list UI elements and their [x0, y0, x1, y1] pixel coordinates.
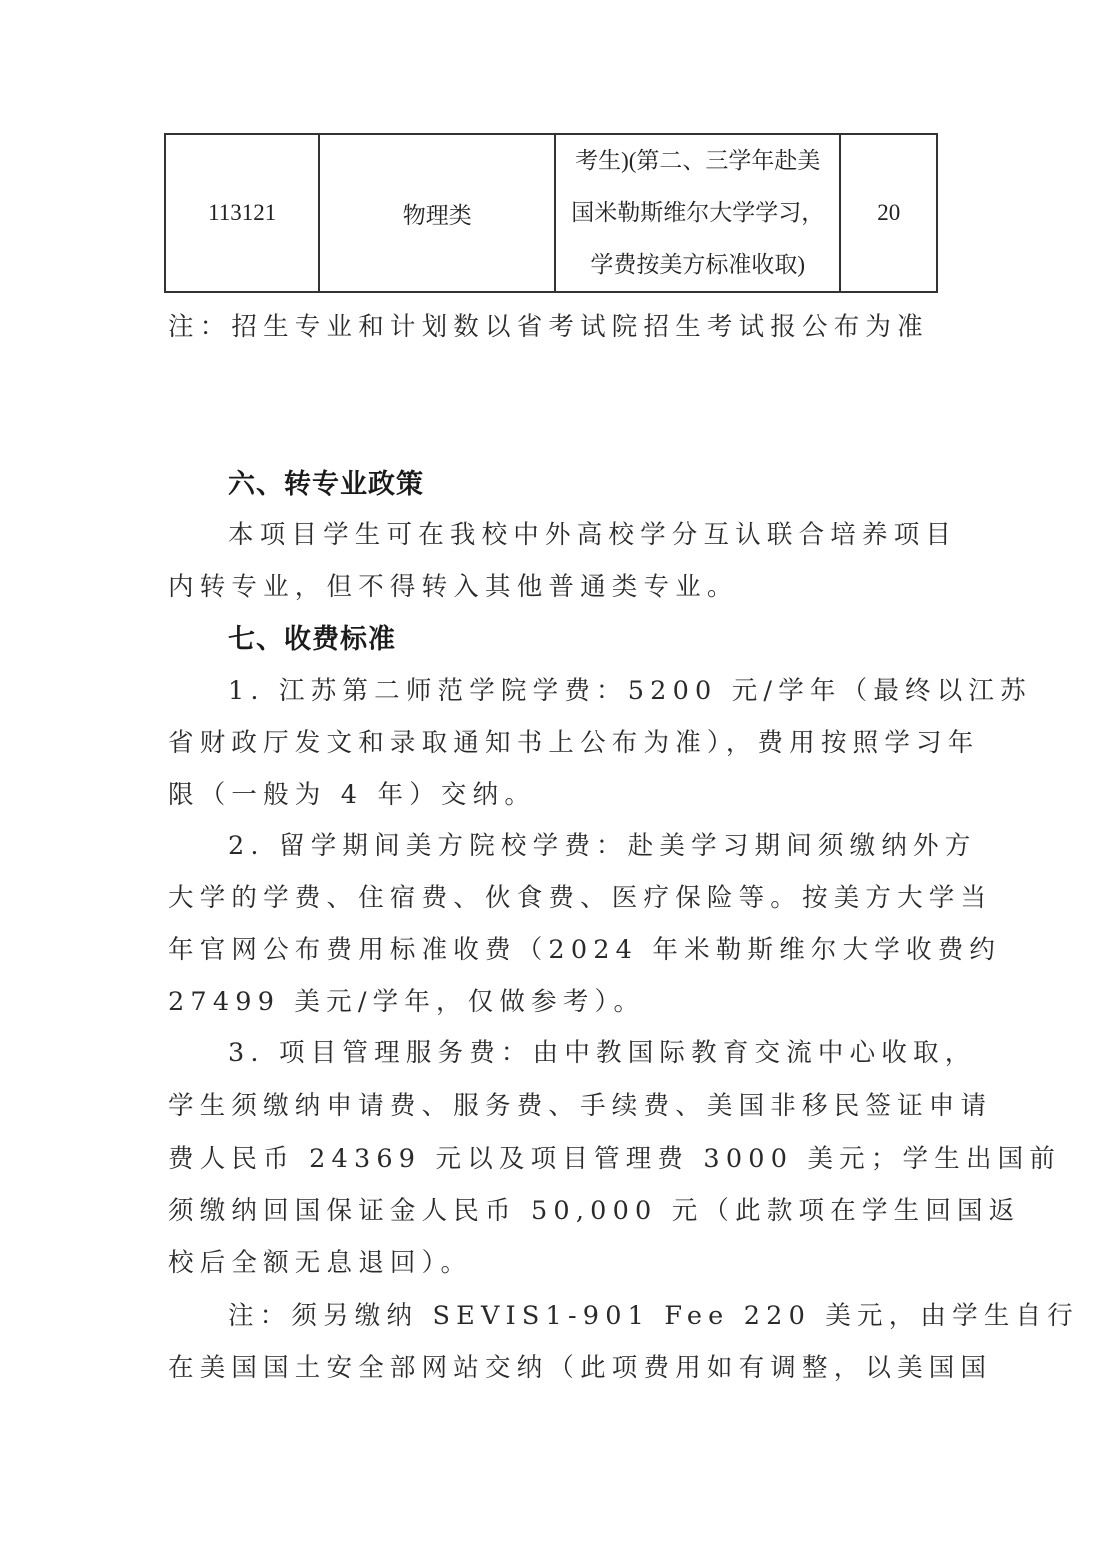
major-code-cell: 113121	[165, 134, 319, 292]
description-line: 考生)(第二、三学年赴美	[556, 135, 839, 187]
item2-line: 27499 美元/学年，仅做参考）。	[168, 982, 645, 1018]
plan-count-cell: 20	[840, 134, 937, 292]
item3-line: 校后全额无息退回）。	[168, 1243, 472, 1279]
fee-note-line: 在美国国土安全部网站交纳（此项费用如有调整，以美国国	[168, 1348, 992, 1384]
table-row: 113121 物理类 考生)(第二、三学年赴美 国米勒斯维尔大学学习， 学费按美…	[165, 134, 937, 292]
enrollment-table: 113121 物理类 考生)(第二、三学年赴美 国米勒斯维尔大学学习， 学费按美…	[164, 133, 938, 293]
item1-line: 限（一般为 4 年）交纳。	[168, 775, 536, 811]
item3-line: 学生须缴纳申请费、服务费、手续费、美国非移民签证申请	[168, 1086, 992, 1122]
category-cell: 物理类	[319, 134, 555, 292]
item3-line: 3. 项目管理服务费：由中教国际教育交流中心收取，	[228, 1033, 976, 1069]
item2-line: 2. 留学期间美方院校学费：赴美学习期间须缴纳外方	[228, 826, 976, 862]
description-cell: 考生)(第二、三学年赴美 国米勒斯维尔大学学习， 学费按美方标准收取)	[555, 134, 840, 292]
fee-note-line: 注：须另缴纳 SEVIS1-901 Fee 220 美元，由学生自行	[228, 1296, 1079, 1332]
item2-line: 年官网公布费用标准收费（2024 年米勒斯维尔大学收费约	[168, 930, 1001, 966]
description-line: 学费按美方标准收取)	[556, 239, 839, 291]
item3-line: 须缴纳回国保证金人民币 50,000 元（此款项在学生回国返	[168, 1191, 1020, 1227]
section6-heading: 六、转专业政策	[228, 462, 424, 501]
table-note: 注：招生专业和计划数以省考试院招生考试报公布为准	[168, 307, 929, 343]
item1-line: 1. 江苏第二师范学院学费：5200 元/学年（最终以江苏	[228, 671, 1032, 707]
item2-line: 大学的学费、住宿费、伙食费、医疗保险等。按美方大学当	[168, 878, 992, 914]
item1-line: 省财政厅发文和录取通知书上公布为准），费用按照学习年	[168, 723, 979, 759]
item3-line: 费人民币 24369 元以及项目管理费 3000 美元；学生出国前	[168, 1139, 1061, 1175]
document-page: 113121 物理类 考生)(第二、三学年赴美 国米勒斯维尔大学学习， 学费按美…	[0, 0, 1102, 1559]
section7-heading: 七、收费标准	[228, 617, 396, 656]
section6-line: 内转专业，但不得转入其他普通类专业。	[168, 567, 739, 603]
section6-line: 本项目学生可在我校中外高校学分互认联合培养项目	[228, 515, 957, 551]
description-line: 国米勒斯维尔大学学习，	[556, 187, 839, 239]
